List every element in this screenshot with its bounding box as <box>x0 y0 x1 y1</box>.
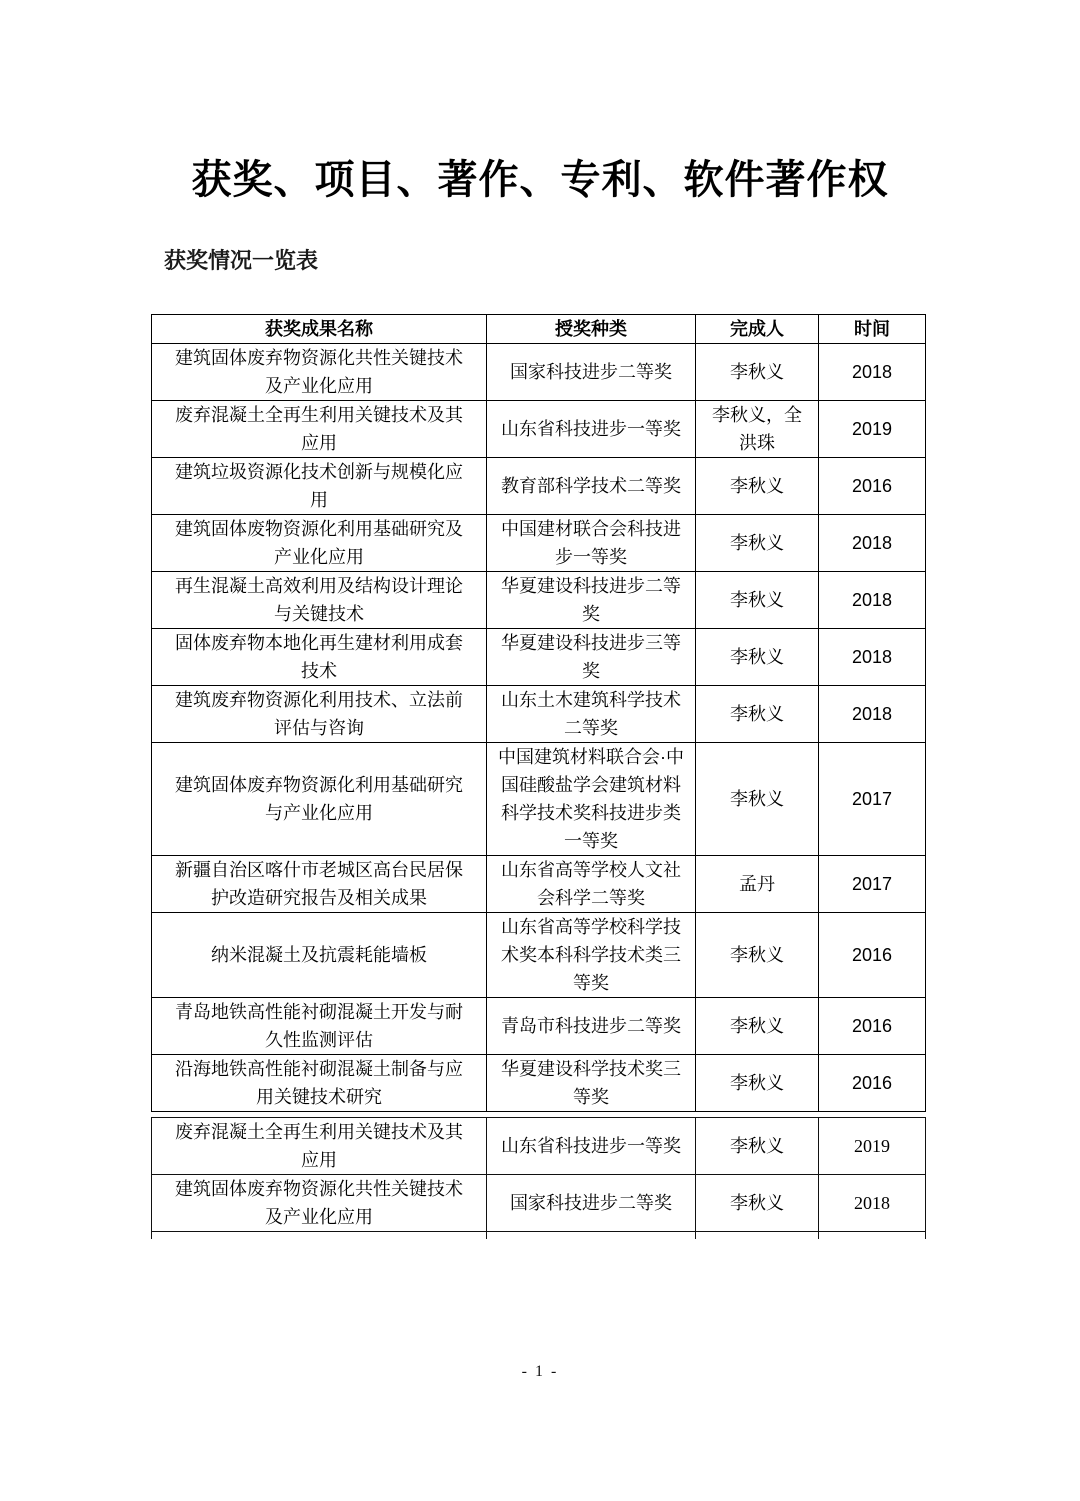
award-type-cell: 国家科技进步二等奖 <box>487 344 696 401</box>
award-name-cell: 建筑垃圾资源化技术创新与规模化应用 <box>152 458 487 515</box>
award-name-cell: 青岛地铁高性能衬砌混凝土开发与耐久性监测评估 <box>152 998 487 1055</box>
award-year-cell: 2016 <box>819 458 926 515</box>
table-row: 建筑固体废物资源化利用基础研究及产业化应用 中国建材联合会科技进步一等奖 李秋义… <box>152 515 926 572</box>
award-type-cell: 山东省高等学校人文社会科学二等奖 <box>487 856 696 913</box>
award-people-cell: 李秋义 <box>696 1055 819 1112</box>
award-year-cell: 2018 <box>819 629 926 686</box>
award-year-cell: 2018 <box>819 686 926 743</box>
award-year-cell: 2018 <box>819 515 926 572</box>
partial-table-row <box>152 1232 926 1239</box>
award-year-cell: 2016 <box>819 913 926 998</box>
awards-table: 获奖成果名称 授奖种类 完成人 时间 建筑固体废弃物资源化共性关键技术及产业化应… <box>151 314 926 1112</box>
award-people-cell: 李秋义 <box>696 629 819 686</box>
award-people-cell: 李秋义 <box>696 344 819 401</box>
award-name-cell: 建筑固体废弃物资源化共性关键技术及产业化应用 <box>152 1175 487 1232</box>
award-name-cell: 再生混凝土高效利用及结构设计理论与关键技术 <box>152 572 487 629</box>
award-name-cell: 废弃混凝土全再生利用关键技术及其应用 <box>152 1118 487 1175</box>
award-year-cell: 2019 <box>819 401 926 458</box>
award-year-cell: 2019 <box>819 1118 926 1175</box>
award-name-cell: 新疆自治区喀什市老城区高台民居保护改造研究报告及相关成果 <box>152 856 487 913</box>
award-name-cell: 建筑固体废弃物资源化利用基础研究与产业化应用 <box>152 743 487 856</box>
award-name-cell: 纳米混凝土及抗震耗能墙板 <box>152 913 487 998</box>
table-row: 青岛地铁高性能衬砌混凝土开发与耐久性监测评估 青岛市科技进步二等奖 李秋义 20… <box>152 998 926 1055</box>
award-year-cell: 2017 <box>819 743 926 856</box>
award-year-cell: 2018 <box>819 572 926 629</box>
table-row: 建筑废弃物资源化利用技术、立法前评估与咨询 山东土木建筑科学技术二等奖 李秋义 … <box>152 686 926 743</box>
award-year-cell: 2016 <box>819 998 926 1055</box>
award-type-cell: 华夏建设科学技术奖三等奖 <box>487 1055 696 1112</box>
award-name-cell: 沿海地铁高性能衬砌混凝土制备与应用关键技术研究 <box>152 1055 487 1112</box>
table-row: 建筑固体废弃物资源化利用基础研究与产业化应用 中国建筑材料联合会·中国硅酸盐学会… <box>152 743 926 856</box>
award-people-cell: 李秋义 <box>696 1175 819 1232</box>
header-cell-year: 时间 <box>819 315 926 344</box>
table-row: 建筑垃圾资源化技术创新与规模化应用 教育部科学技术二等奖 李秋义 2016 <box>152 458 926 515</box>
award-type-cell: 山东土木建筑科学技术二等奖 <box>487 686 696 743</box>
award-people-cell <box>696 1232 819 1239</box>
award-people-cell: 李秋义 <box>696 913 819 998</box>
awards-table-continued: 废弃混凝土全再生利用关键技术及其应用 山东省科技进步一等奖 李秋义 2019 建… <box>151 1117 926 1239</box>
document-page: 获奖、项目、著作、专利、软件著作权 获奖情况一览表 获奖成果名称 授奖种类 完成… <box>0 156 1080 1239</box>
table-row: 废弃混凝土全再生利用关键技术及其应用 山东省科技进步一等奖 李秋义，全洪珠 20… <box>152 401 926 458</box>
header-cell-name: 获奖成果名称 <box>152 315 487 344</box>
award-type-cell: 青岛市科技进步二等奖 <box>487 998 696 1055</box>
award-people-cell: 李秋义 <box>696 743 819 856</box>
table-header-row: 获奖成果名称 授奖种类 完成人 时间 <box>152 315 926 344</box>
award-type-cell: 华夏建设科技进步二等奖 <box>487 572 696 629</box>
table-row: 新疆自治区喀什市老城区高台民居保护改造研究报告及相关成果 山东省高等学校人文社会… <box>152 856 926 913</box>
award-name-cell <box>152 1232 487 1239</box>
page-title: 获奖、项目、著作、专利、软件著作权 <box>0 156 1080 204</box>
table-row: 固体废弃物本地化再生建材利用成套技术 华夏建设科技进步三等奖 李秋义 2018 <box>152 629 926 686</box>
header-cell-award-type: 授奖种类 <box>487 315 696 344</box>
award-people-cell: 李秋义 <box>696 1118 819 1175</box>
award-type-cell <box>487 1232 696 1239</box>
award-name-cell: 建筑固体废物资源化利用基础研究及产业化应用 <box>152 515 487 572</box>
award-type-cell: 山东省科技进步一等奖 <box>487 1118 696 1175</box>
award-people-cell: 李秋义 <box>696 458 819 515</box>
table-row: 建筑固体废弃物资源化共性关键技术及产业化应用 国家科技进步二等奖 李秋义 201… <box>152 1175 926 1232</box>
table-row: 沿海地铁高性能衬砌混凝土制备与应用关键技术研究 华夏建设科学技术奖三等奖 李秋义… <box>152 1055 926 1112</box>
header-cell-people: 完成人 <box>696 315 819 344</box>
award-year-cell: 2016 <box>819 1055 926 1112</box>
award-type-cell: 山东省科技进步一等奖 <box>487 401 696 458</box>
award-name-cell: 固体废弃物本地化再生建材利用成套技术 <box>152 629 487 686</box>
award-people-cell: 孟丹 <box>696 856 819 913</box>
award-year-cell: 2017 <box>819 856 926 913</box>
award-type-cell: 国家科技进步二等奖 <box>487 1175 696 1232</box>
award-name-cell: 建筑废弃物资源化利用技术、立法前评估与咨询 <box>152 686 487 743</box>
section-heading: 获奖情况一览表 <box>164 246 1080 276</box>
award-people-cell: 李秋义 <box>696 572 819 629</box>
award-people-cell: 李秋义 <box>696 515 819 572</box>
award-type-cell: 中国建材联合会科技进步一等奖 <box>487 515 696 572</box>
award-type-cell: 山东省高等学校科学技术奖本科科学技术类三等奖 <box>487 913 696 998</box>
award-people-cell: 李秋义 <box>696 998 819 1055</box>
award-type-cell: 华夏建设科技进步三等奖 <box>487 629 696 686</box>
award-type-cell: 中国建筑材料联合会·中国硅酸盐学会建筑材料科学技术奖科技进步类一等奖 <box>487 743 696 856</box>
award-people-cell: 李秋义，全洪珠 <box>696 401 819 458</box>
page-number: - 1 - <box>0 1363 1080 1381</box>
table-row: 再生混凝土高效利用及结构设计理论与关键技术 华夏建设科技进步二等奖 李秋义 20… <box>152 572 926 629</box>
award-year-cell: 2018 <box>819 1175 926 1232</box>
table-row: 建筑固体废弃物资源化共性关键技术及产业化应用 国家科技进步二等奖 李秋义 201… <box>152 344 926 401</box>
award-name-cell: 废弃混凝土全再生利用关键技术及其应用 <box>152 401 487 458</box>
award-year-cell: 2018 <box>819 344 926 401</box>
award-name-cell: 建筑固体废弃物资源化共性关键技术及产业化应用 <box>152 344 487 401</box>
table-row: 废弃混凝土全再生利用关键技术及其应用 山东省科技进步一等奖 李秋义 2019 <box>152 1118 926 1175</box>
award-year-cell <box>819 1232 926 1239</box>
table-row: 纳米混凝土及抗震耗能墙板 山东省高等学校科学技术奖本科科学技术类三等奖 李秋义 … <box>152 913 926 998</box>
award-people-cell: 李秋义 <box>696 686 819 743</box>
award-type-cell: 教育部科学技术二等奖 <box>487 458 696 515</box>
